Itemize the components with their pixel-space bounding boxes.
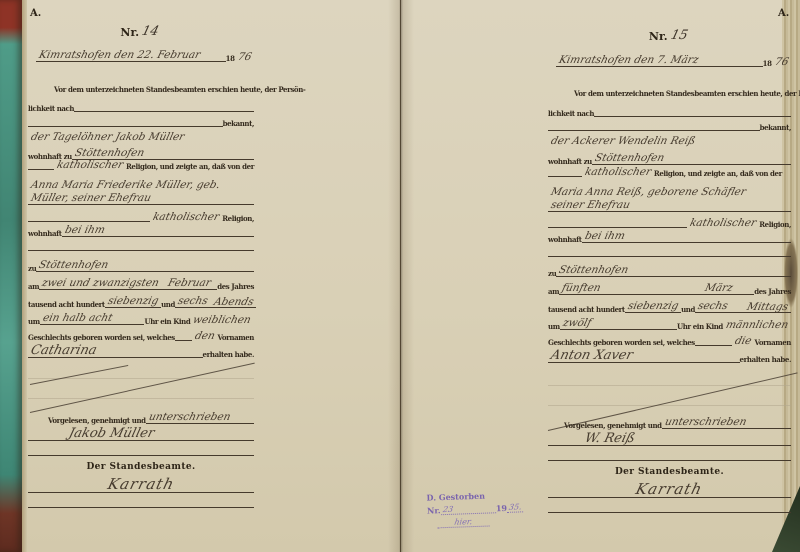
nr-label: Nr.: [120, 27, 139, 38]
blank-ruled-line: [548, 246, 791, 257]
registrar-signature: Karrath: [632, 482, 708, 497]
record-page-left: Nr. 14 Kimratshofen den 22. Februar 18 7…: [28, 0, 254, 552]
father-religion: katholischer: [581, 167, 656, 178]
daypart: Abends: [209, 297, 257, 308]
declarant-signature-row: Jakob Müller: [28, 424, 254, 441]
cancellation-stroke: [30, 365, 128, 385]
declarant-signature: W. Reiß: [580, 432, 639, 445]
gender-clause-row: Geschlechts geboren worden sei, welches …: [28, 328, 254, 341]
record-number-row: Nr. 15: [548, 26, 791, 42]
birthyear-row: tausend acht hundert siebenzig und sechs…: [28, 295, 254, 308]
year-handwritten: 76: [770, 57, 792, 68]
year-handwritten: 76: [233, 52, 255, 63]
declarant-name: der Ackerer Wendelin Reiß: [547, 136, 700, 147]
death-annotation-stamp: D. Gestorben Nr. 23 19 35. hier.: [426, 489, 523, 528]
blank-ruled-line: [28, 497, 254, 508]
child-name: Anton Xaver: [546, 349, 637, 362]
dateline-row: Kimratshofen den 7. März 18 76: [548, 54, 791, 67]
birthplace-value: Stöttenhofen: [555, 265, 633, 276]
birth-time: ein halb acht: [38, 313, 116, 324]
mother-name-2: Müller, seiner Ehefrau: [27, 193, 155, 204]
gender-value: weiblichen: [189, 315, 255, 326]
intro-line1: Vor dem unterzeichneten Standesbeamten e…: [548, 84, 791, 97]
gutter-line: [400, 0, 401, 552]
mother-name-2: seiner Ehefrau: [547, 200, 634, 211]
record-number-row: Nr. 14: [28, 22, 254, 38]
birthtime-row: um ein halb acht Uhr ein Kind weiblichen: [28, 312, 254, 325]
declarant-row: der Tagelöhner Jakob Müller: [28, 129, 254, 142]
stamp-title: D. Gestorben: [426, 489, 522, 502]
faint-rule: [28, 398, 254, 399]
known-row: bekannt,: [28, 114, 254, 127]
declarant-row: der Ackerer Wendelin Reiß: [548, 133, 791, 146]
known-row: bekannt,: [548, 118, 791, 131]
gender-value: männlichen: [722, 320, 793, 331]
daypart: Mittags: [743, 302, 793, 313]
stamp-note-row: hier.: [427, 515, 523, 528]
residing-value: bei ihm: [580, 231, 628, 242]
nr-label: Nr.: [649, 31, 668, 42]
religion-row-1: katholischer Religion, und zeigte an, da…: [28, 157, 254, 170]
intro-line2: lichkeit nach: [548, 104, 791, 117]
faint-rule: [548, 385, 791, 386]
record-page-right: Nr. 15 Kimratshofen den 7. März 18 76 Vo…: [548, 0, 791, 552]
declarant-signature-row: W. Reiß: [548, 429, 791, 446]
residing-row: wohnhaft bei ihm: [28, 224, 254, 237]
book-binding-highlight: [22, 0, 27, 552]
book-binding-edge: [0, 0, 22, 552]
birth-day: fünften: [558, 283, 605, 294]
article-value: den: [190, 331, 218, 342]
residing-row: wohnhaft bei ihm: [548, 230, 791, 243]
declarant-name: der Tagelöhner Jakob Müller: [27, 132, 189, 143]
article-value: die: [731, 336, 756, 347]
blank-ruled-line: [548, 450, 791, 461]
registrar-signature-row: Karrath: [548, 481, 791, 498]
intro-line1: Vor dem unterzeichneten Standesbeamten e…: [28, 80, 254, 93]
birthplace-value: Stöttenhofen: [35, 260, 113, 271]
birthdate-row: am zwei und zwanzigsten Februar des Jahr…: [28, 277, 254, 290]
child-name: Catharina: [26, 344, 101, 357]
registrar-signature: Karrath: [103, 477, 179, 492]
year-decade: siebenzig: [103, 296, 162, 307]
stamp-number-row: Nr. 23 19 35.: [427, 502, 523, 515]
closing-word: unterschrieben: [660, 417, 750, 428]
birthyear-row: tausend acht hundert siebenzig und sechs…: [548, 300, 791, 313]
child-name-row: Anton Xaver erhalten habe.: [548, 347, 791, 363]
stamp-nr-label: Nr.: [427, 505, 441, 515]
residence-value: Stöttenhofen: [591, 153, 669, 164]
birth-time: zwölf: [558, 318, 595, 329]
registrar-title-row: Der Standesbeamte.: [548, 464, 791, 477]
record-number: 15: [666, 29, 692, 42]
closing-word: unterschrieben: [144, 412, 234, 423]
known-word: bekannt,: [760, 124, 791, 131]
intro-line2: lichkeit nach: [28, 99, 254, 112]
registrar-title-row: Der Standesbeamte.: [28, 459, 254, 472]
blank-ruled-line: [28, 445, 254, 456]
birth-month: März: [701, 283, 737, 294]
gender-clause-row: Geschlechts geboren worden sei, welches …: [548, 333, 791, 346]
cancellation-stroke: [30, 363, 255, 413]
child-name-row: Catharina erhalten habe.: [28, 342, 254, 358]
residing-value: bei ihm: [60, 225, 108, 236]
blank-ruled-line: [548, 502, 791, 513]
year-decade: siebenzig: [623, 301, 682, 312]
birth-day: zwei und zwanzigsten: [38, 278, 163, 289]
stamp-year: 35.: [506, 502, 524, 512]
blank-ruled-line: [28, 240, 254, 251]
mother-row-2: seiner Ehefrau: [548, 199, 791, 212]
record-number: 14: [137, 25, 163, 38]
birthplace-row: zu Stöttenhofen: [28, 259, 254, 272]
year-unit: sechs: [174, 296, 212, 307]
dateline-handwritten: Kimratshofen den 7. März: [555, 55, 703, 66]
father-religion: katholischer: [53, 160, 128, 171]
closing-row: Vorgelesen, genehmigt und unterschrieben: [548, 416, 791, 429]
year-unit: sechs: [694, 301, 732, 312]
mother-row-2: Müller, seiner Ehefrau: [28, 192, 254, 205]
closing-row: Vorgelesen, genehmigt und unterschrieben: [28, 411, 254, 424]
birth-month: Februar: [164, 278, 215, 289]
birthtime-row: um zwölf Uhr ein Kind männlichen: [548, 317, 791, 330]
registrar-signature-row: Karrath: [28, 476, 254, 493]
stamp-number: 23: [440, 505, 456, 515]
stamp-note: hier.: [452, 517, 476, 527]
known-word: bekannt,: [223, 120, 254, 127]
faint-rule: [548, 405, 791, 406]
birthplace-row: zu Stöttenhofen: [548, 264, 791, 277]
birthdate-row: am fünften März des Jahres: [548, 282, 791, 295]
religion-row-1: katholischer Religion, und zeigte an, da…: [548, 164, 791, 177]
dateline-row: Kimratshofen den 22. Februar 18 76: [28, 49, 254, 62]
dateline-handwritten: Kimratshofen den 22. Februar: [35, 50, 205, 61]
gutter-shadow: [388, 0, 414, 552]
register-book-photo: A. A. Nr. 14 Kimratshofen den 22. Februa…: [0, 0, 800, 552]
declarant-signature: Jakob Müller: [64, 427, 158, 440]
